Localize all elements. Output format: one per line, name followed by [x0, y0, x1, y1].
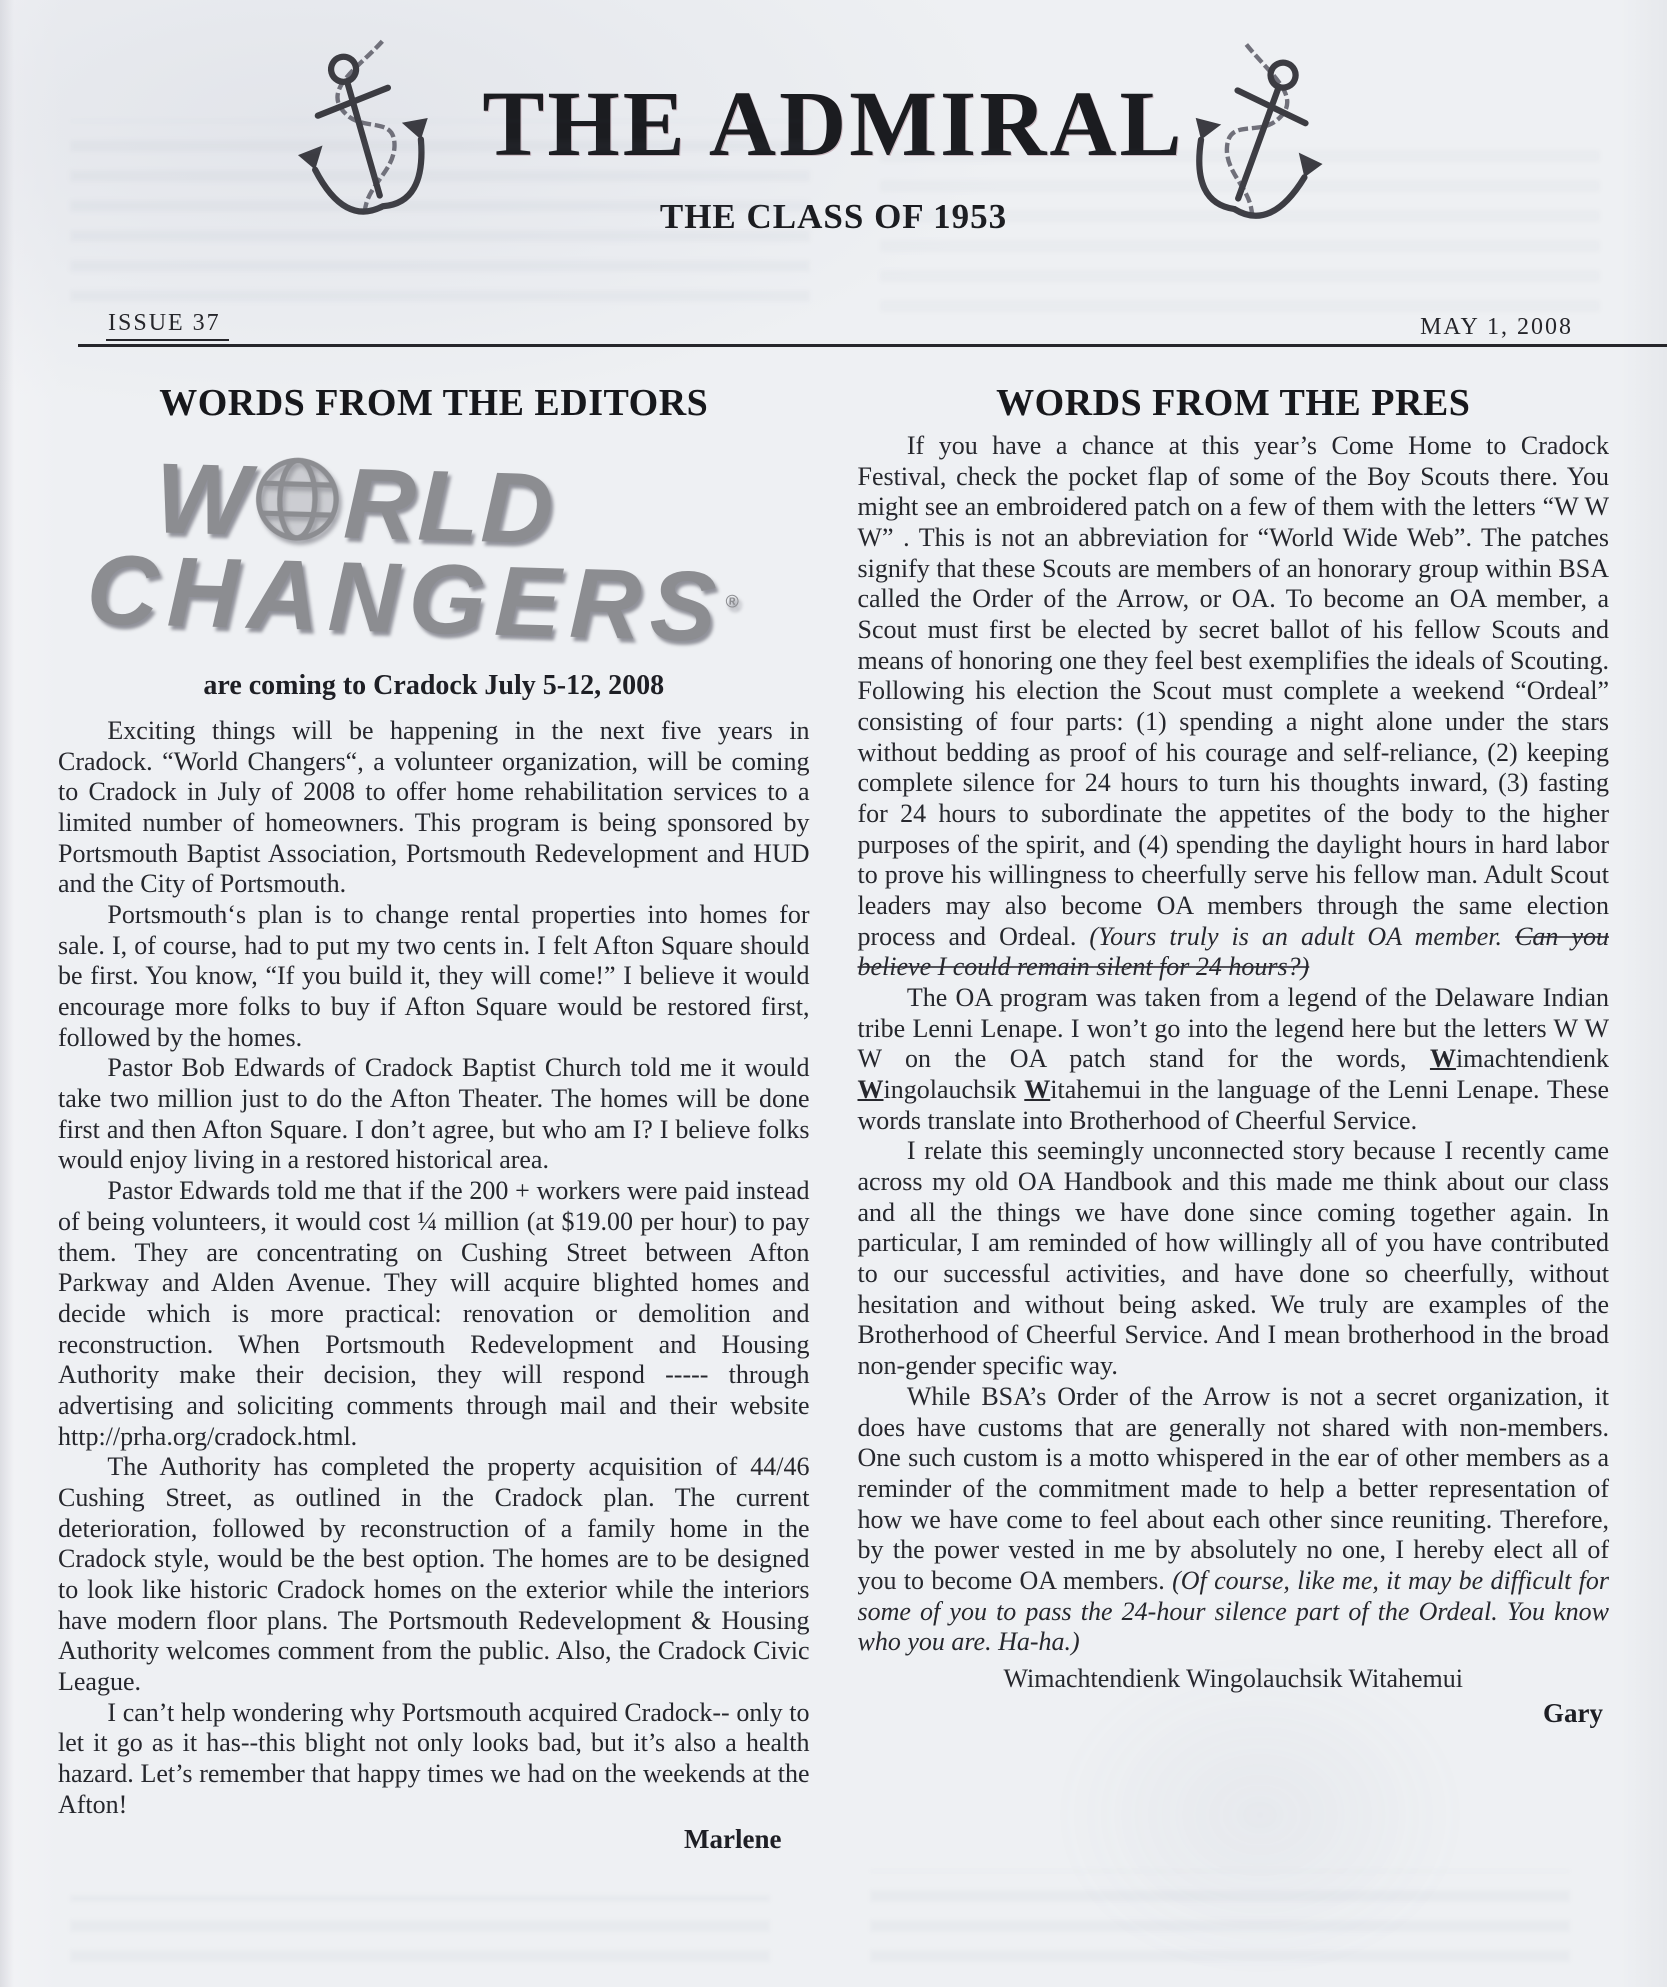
motto-initial: W — [1024, 1075, 1050, 1104]
registered-mark: ® — [725, 591, 739, 611]
president-p4-text: While BSA’s Order of the Arrow is not a … — [858, 1382, 1610, 1595]
editors-paragraph: Exciting things will be happening in the… — [58, 716, 810, 900]
president-heading: WORDS FROM THE PRES — [858, 381, 1610, 425]
logo-letter-w: W — [154, 452, 253, 547]
issue-date-row: ISSUE 37 MAY 1, 2008 — [78, 310, 1667, 347]
editors-signature: Marlene — [58, 1824, 810, 1855]
issue-date: MAY 1, 2008 — [1418, 314, 1579, 341]
globe-icon — [253, 454, 343, 544]
motto-initial: W — [858, 1075, 884, 1104]
president-paragraph: I relate this seemingly unconnected stor… — [858, 1136, 1610, 1381]
motto-word: ingolauchsik — [884, 1075, 1025, 1104]
president-paragraph: While BSA’s Order of the Arrow is not a … — [858, 1382, 1610, 1658]
logo-tagline: are coming to Cradock July 5-12, 2008 — [58, 670, 810, 702]
president-signature: Gary — [858, 1698, 1610, 1729]
editors-paragraph: Pastor Bob Edwards of Cradock Baptist Ch… — [58, 1053, 810, 1176]
president-paragraph: If you have a chance at this year’s Come… — [858, 431, 1610, 983]
president-column: WORDS FROM THE PRES If you have a chance… — [858, 381, 1610, 1855]
motto-word: itahemui — [1050, 1075, 1141, 1104]
editors-paragraph: I can’t help wondering why Portsmouth ac… — [58, 1698, 810, 1821]
issue-number: ISSUE 37 — [106, 310, 229, 341]
editors-heading: WORDS FROM THE EDITORS — [58, 381, 810, 425]
page-content: WORDS FROM THE EDITORS W RLD CHANGERS® a… — [0, 347, 1667, 1855]
oa-motto: Wimachtendienk Wingolauchsik Witahemui — [858, 1664, 1610, 1694]
page-title: THE ADMIRAL — [0, 0, 1667, 171]
president-paragraph: The OA program was taken from a legend o… — [858, 983, 1610, 1136]
editors-paragraph: The Authority has completed the property… — [58, 1452, 810, 1697]
show-through-artifact — [870, 1870, 1570, 1980]
world-changers-logo: W RLD CHANGERS® — [56, 449, 812, 655]
president-p1-aside: (Yours truly is an adult OA member. — [1089, 922, 1515, 951]
editors-column: WORDS FROM THE EDITORS W RLD CHANGERS® a… — [58, 381, 810, 1855]
show-through-artifact — [70, 1895, 770, 1980]
logo-changers-text: CHANGERS — [85, 533, 726, 662]
motto-word: imachtendienk — [1456, 1044, 1609, 1073]
motto-initial: W — [1430, 1044, 1456, 1073]
logo-line-changers: CHANGERS® — [56, 543, 740, 653]
page-subtitle: THE CLASS OF 1953 — [0, 197, 1667, 237]
president-p1-text: If you have a chance at this year’s Come… — [858, 431, 1610, 951]
newsletter-page: { "header": { "title": "THE ADMIRAL", "s… — [0, 0, 1667, 1987]
masthead: THE ADMIRAL THE CLASS OF 1953 — [0, 0, 1667, 300]
editors-paragraph: Pastor Edwards told me that if the 200 +… — [58, 1176, 810, 1452]
editors-paragraph: Portsmouth‘s plan is to change rental pr… — [58, 900, 810, 1053]
